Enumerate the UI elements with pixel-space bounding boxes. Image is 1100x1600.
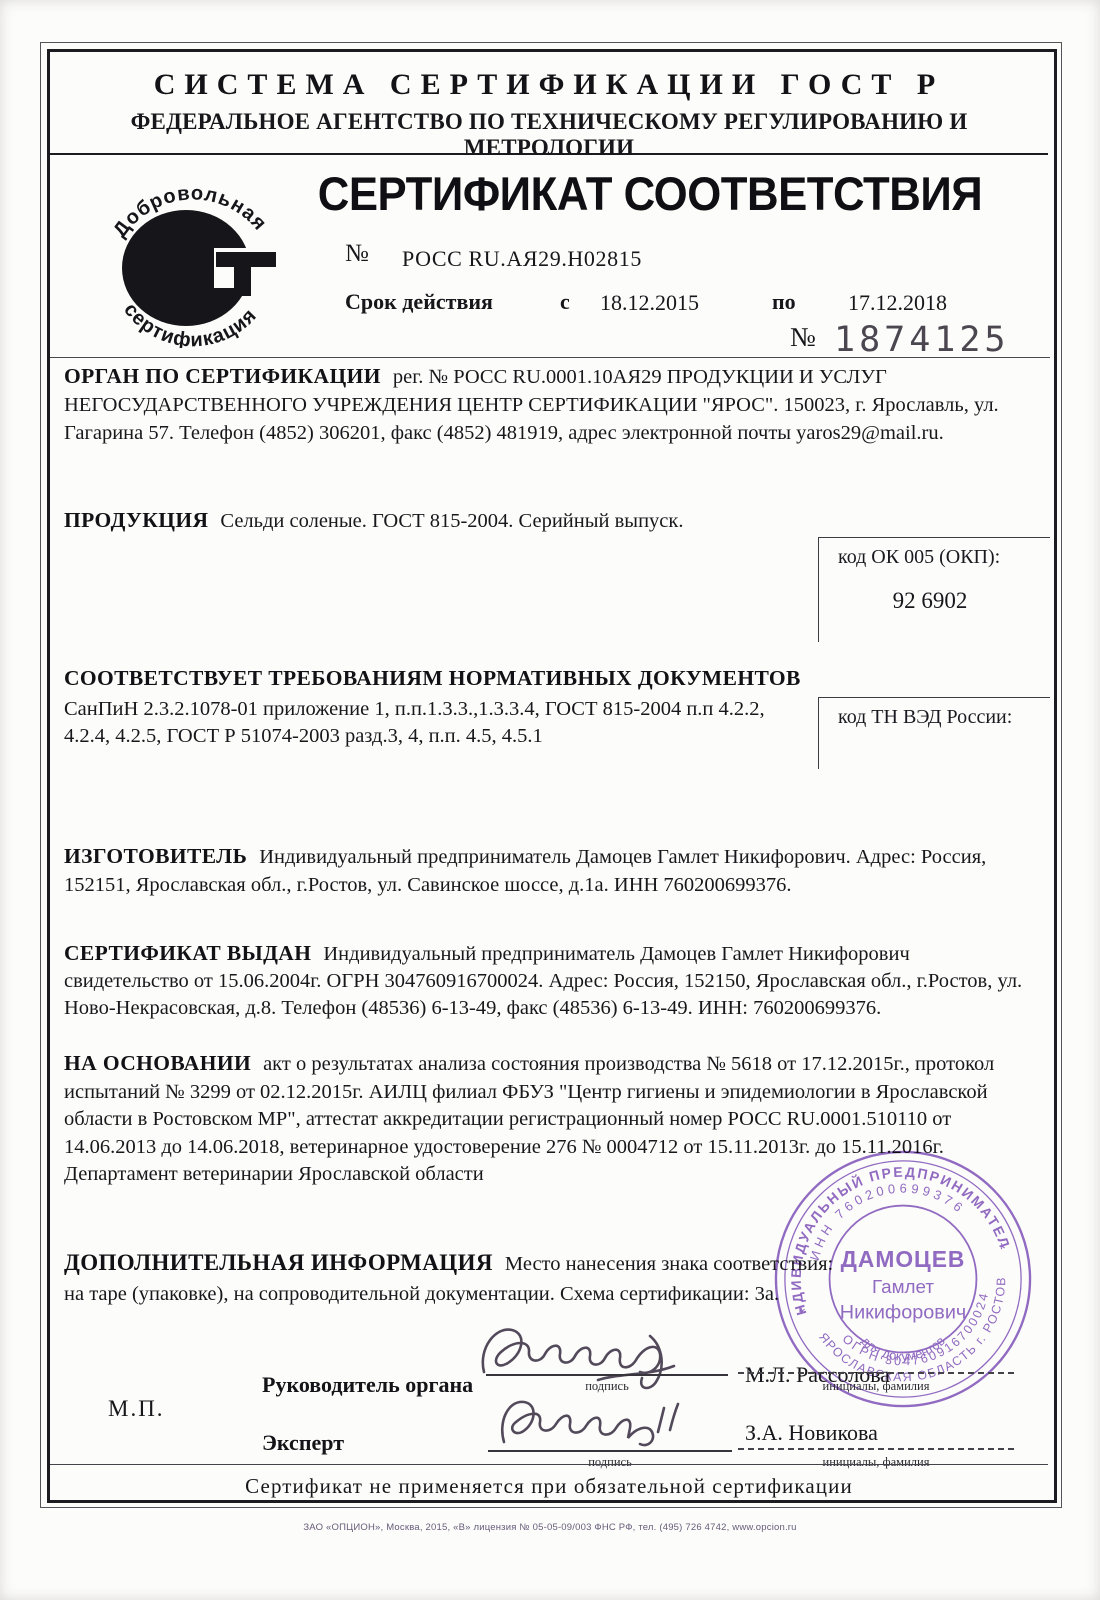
validity-to-word: по xyxy=(772,289,796,315)
okp-code-label: код ОК 005 (ОКП): xyxy=(838,546,1000,569)
okp-box-top-line xyxy=(818,537,1050,538)
expert-name: З.А. Новикова xyxy=(745,1420,878,1446)
section-production-text: Сельди соленые. ГОСТ 815-2004. Серийный … xyxy=(220,510,683,532)
cert-number-sign: № xyxy=(345,240,369,268)
certificate-title: СЕРТИФИКАТ СООТВЕТСТВИЯ xyxy=(313,166,986,221)
section-certification-body: ОРГАН ПО СЕРТИФИКАЦИИрег. № РОСС RU.0001… xyxy=(64,362,1029,447)
stamp-place-mark: М.П. xyxy=(108,1396,165,1422)
header-agency-title: ФЕДЕРАЛЬНОЕ АГЕНТСТВО ПО ТЕХНИЧЕСКОМУ РЕ… xyxy=(50,109,1048,161)
rst-certification-logo: Добровольная Р сертификация xyxy=(90,164,294,348)
document-header: СИСТЕМА СЕРТИФИКАЦИИ ГОСТ Р ФЕДЕРАЛЬНОЕ … xyxy=(50,52,1048,155)
tnved-box-left-line xyxy=(818,697,819,769)
stamp-patronymic: Никифорович xyxy=(840,1302,966,1324)
section-basis-label: НА ОСНОВАНИИ xyxy=(64,1051,251,1075)
head-name-caption: инициалы, фамилия xyxy=(738,1379,1014,1394)
section-production-label: ПРОДУКЦИЯ xyxy=(64,508,208,532)
serial-number-value: 1874125 xyxy=(834,320,1010,360)
stamp-surname: ДАМОЦЕВ xyxy=(841,1246,966,1272)
head-role-label: Руководитель органа xyxy=(262,1372,473,1398)
section-production: ПРОДУКЦИЯСельди соленые. ГОСТ 815-2004. … xyxy=(64,506,824,535)
validity-label: Срок действия xyxy=(345,289,493,315)
tnved-box-top-line xyxy=(818,697,1050,698)
expert-name-line xyxy=(738,1448,1014,1450)
rst-logo-t-stem xyxy=(234,252,251,296)
section-issued-to-label: СЕРТИФИКАТ ВЫДАН xyxy=(64,941,311,965)
expert-role-label: Эксперт xyxy=(262,1430,344,1456)
serial-number-sign: № xyxy=(790,322,816,353)
validity-from-word: с xyxy=(560,289,570,315)
print-house-info: ЗАО «ОПЦИОН», Москва, 2015, «В» лицензия… xyxy=(0,1522,1100,1533)
tnved-code-label: код ТН ВЭД России: xyxy=(838,706,1012,729)
certificate-sheet: СИСТЕМА СЕРТИФИКАЦИИ ГОСТ Р ФЕДЕРАЛЬНОЕ … xyxy=(0,0,1100,1600)
stamp-firstname: Гамлет xyxy=(872,1276,934,1297)
horizontal-divider xyxy=(50,357,1050,358)
okp-code-value: 92 6902 xyxy=(830,588,1030,614)
section-manufacturer: ИЗГОТОВИТЕЛЬИндивидуальный предпринимате… xyxy=(64,842,1032,899)
head-signature-line xyxy=(486,1374,728,1376)
okp-box-left-line xyxy=(818,537,819,642)
head-name-line xyxy=(738,1372,1014,1374)
expert-signature-line xyxy=(488,1450,732,1452)
section-additional-info: ДОПОЛНИТЕЛЬНАЯ ИНФОРМАЦИЯМесто нанесения… xyxy=(64,1248,856,1309)
expert-signature xyxy=(488,1384,732,1466)
validity-to-date: 17.12.2018 xyxy=(848,290,947,316)
section-conforms-text: СанПиН 2.3.2.1078-01 приложение 1, п.п.1… xyxy=(64,696,812,750)
footer-note: Сертификат не применяется при обязательн… xyxy=(50,1464,1048,1514)
section-manufacturer-label: ИЗГОТОВИТЕЛЬ xyxy=(64,844,247,868)
cert-number-value: РОСС RU.АЯ29.Н02815 xyxy=(402,246,642,272)
section-issued-to: СЕРТИФИКАТ ВЫДАНИндивидуальный предприни… xyxy=(64,940,1032,1022)
validity-from-date: 18.12.2015 xyxy=(600,290,699,316)
header-system-title: СИСТЕМА СЕРТИФИКАЦИИ ГОСТ Р xyxy=(50,68,1048,102)
section-conforms-heading: СООТВЕТСТВУЕТ ТРЕБОВАНИЯМ НОРМАТИВНЫХ ДО… xyxy=(64,666,801,691)
section-additional-info-label: ДОПОЛНИТЕЛЬНАЯ ИНФОРМАЦИЯ xyxy=(64,1250,493,1275)
section-certification-body-label: ОРГАН ПО СЕРТИФИКАЦИИ xyxy=(64,364,381,388)
